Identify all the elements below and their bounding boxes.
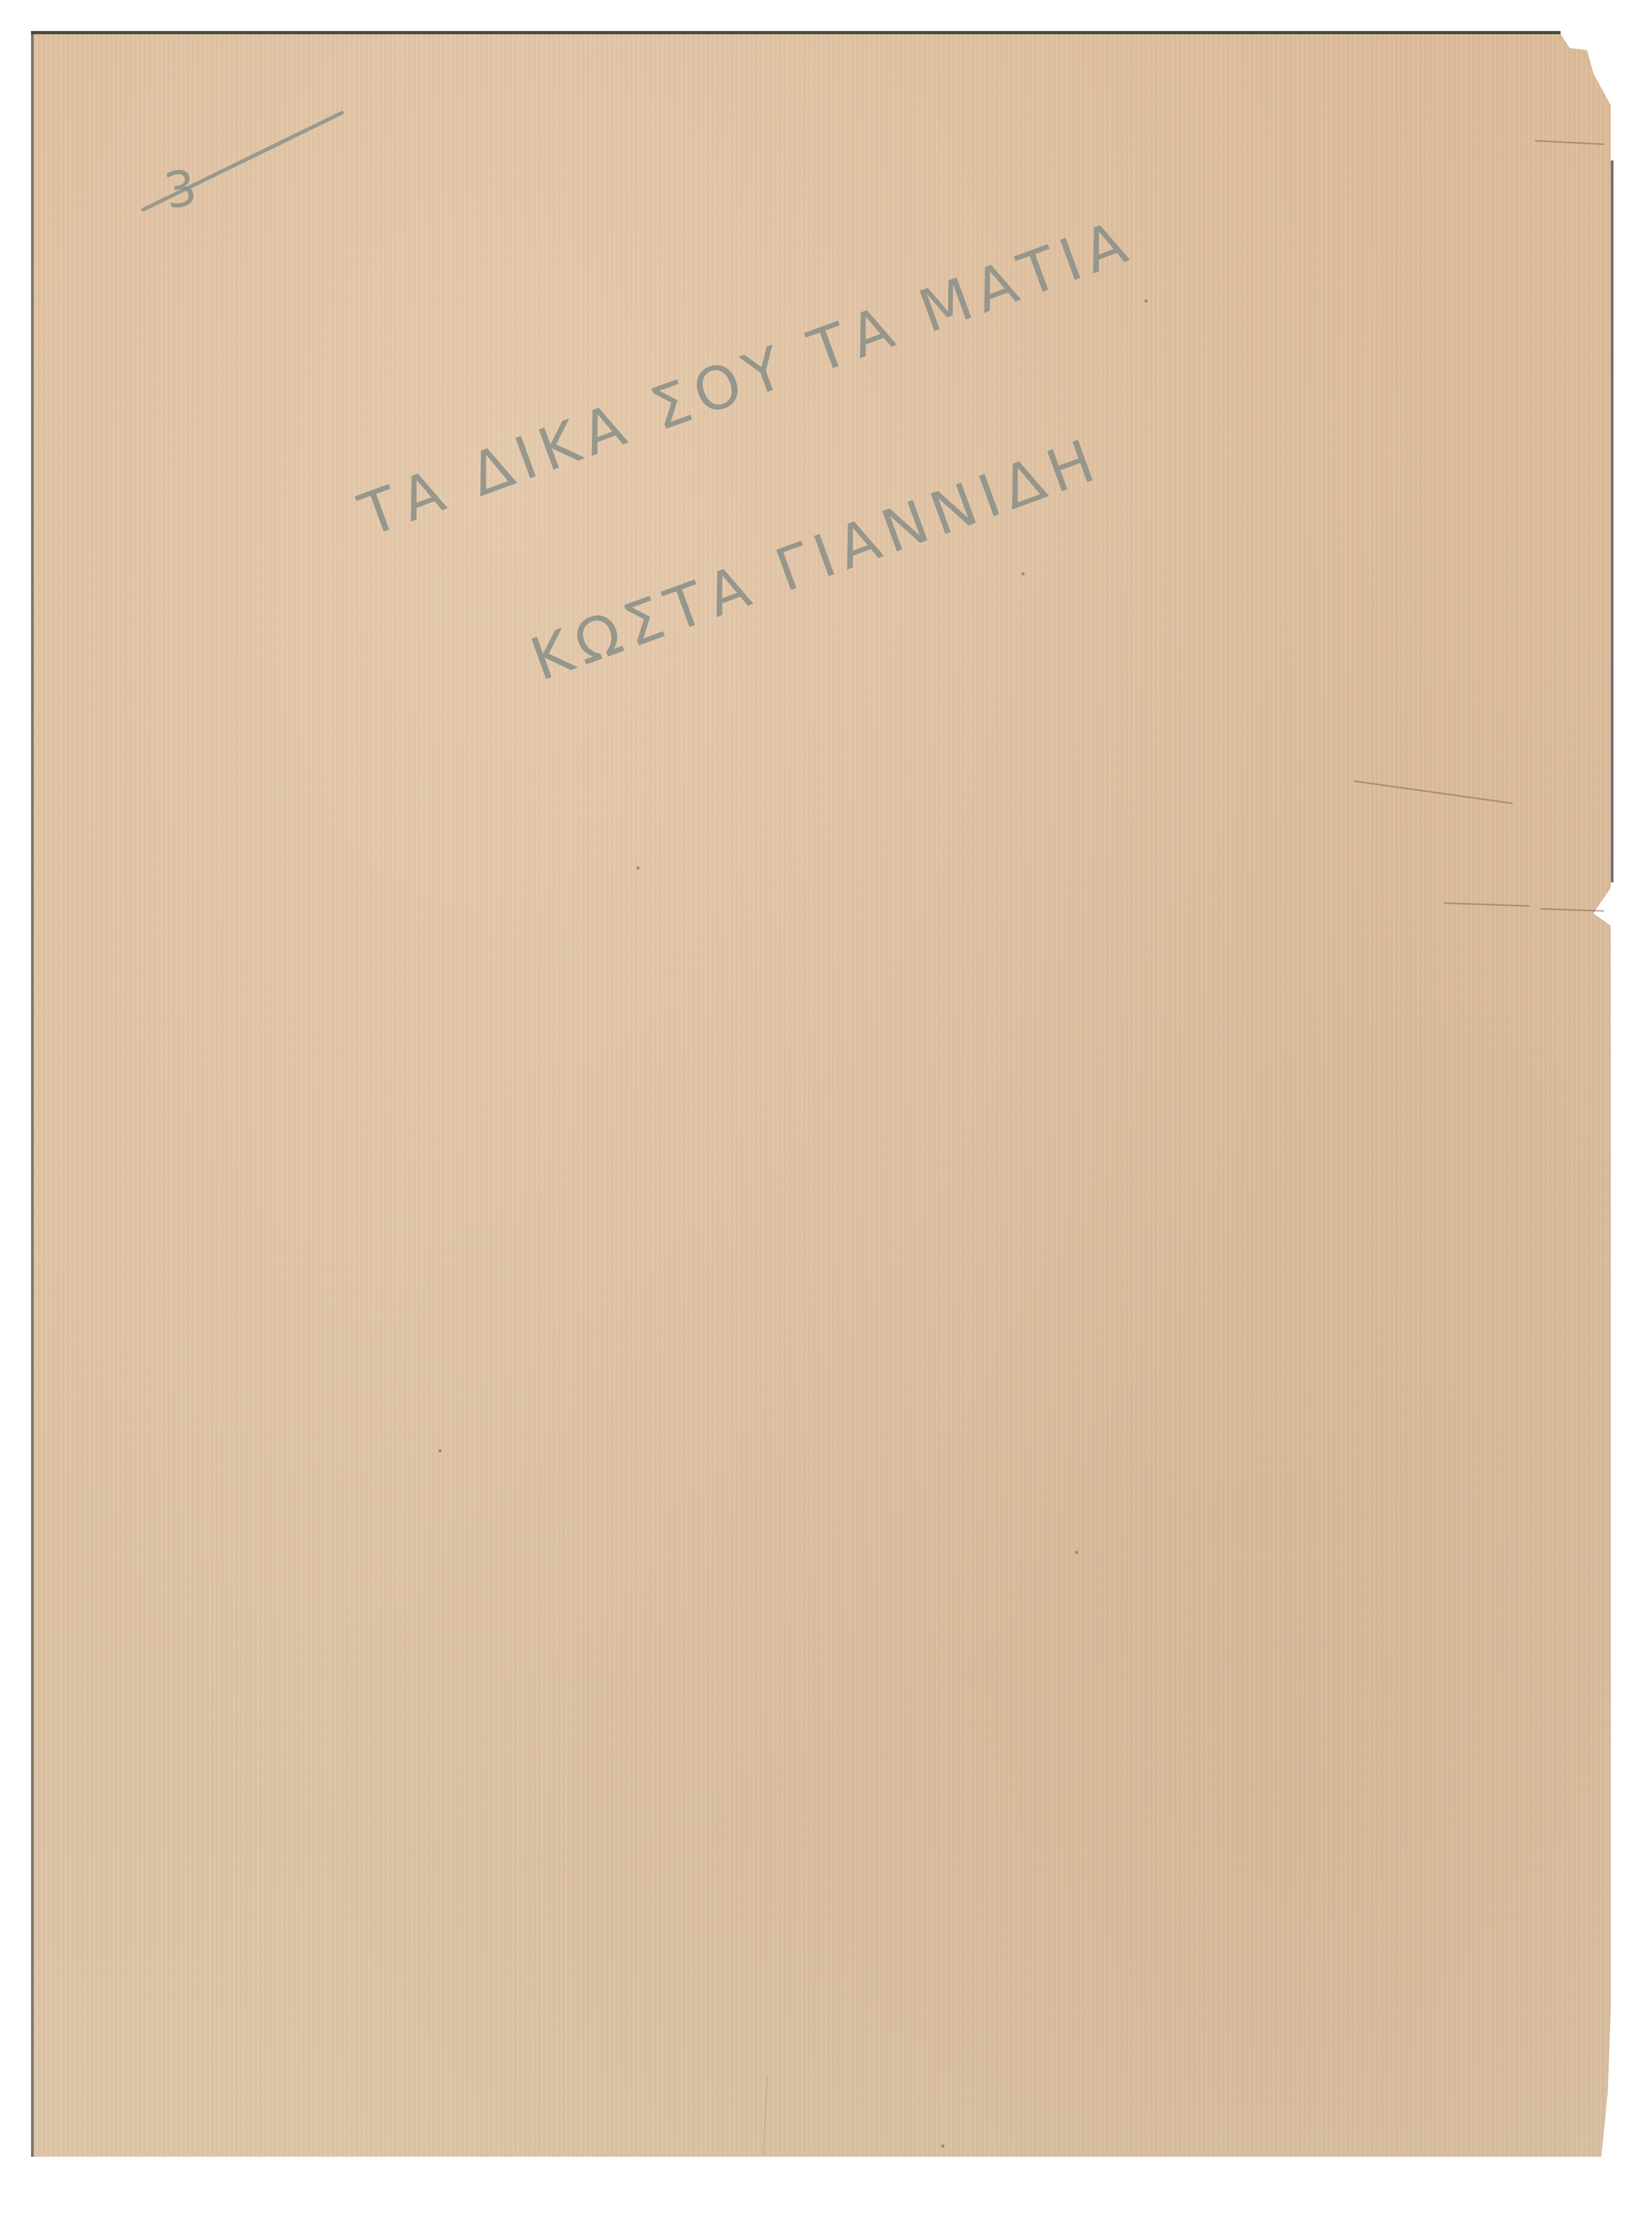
fold-crease	[588, 53, 589, 2139]
paper-speck	[1075, 1551, 1078, 1554]
right-edge-shadow	[1611, 160, 1613, 882]
paper-speck	[636, 866, 640, 870]
top-edge-shadow	[31, 31, 1561, 34]
paper-speck	[439, 1449, 442, 1452]
paper-speck	[1021, 572, 1025, 575]
left-edge-shadow	[31, 31, 34, 2157]
paper-speck	[941, 2144, 944, 2148]
paper-speck	[1144, 299, 1148, 303]
